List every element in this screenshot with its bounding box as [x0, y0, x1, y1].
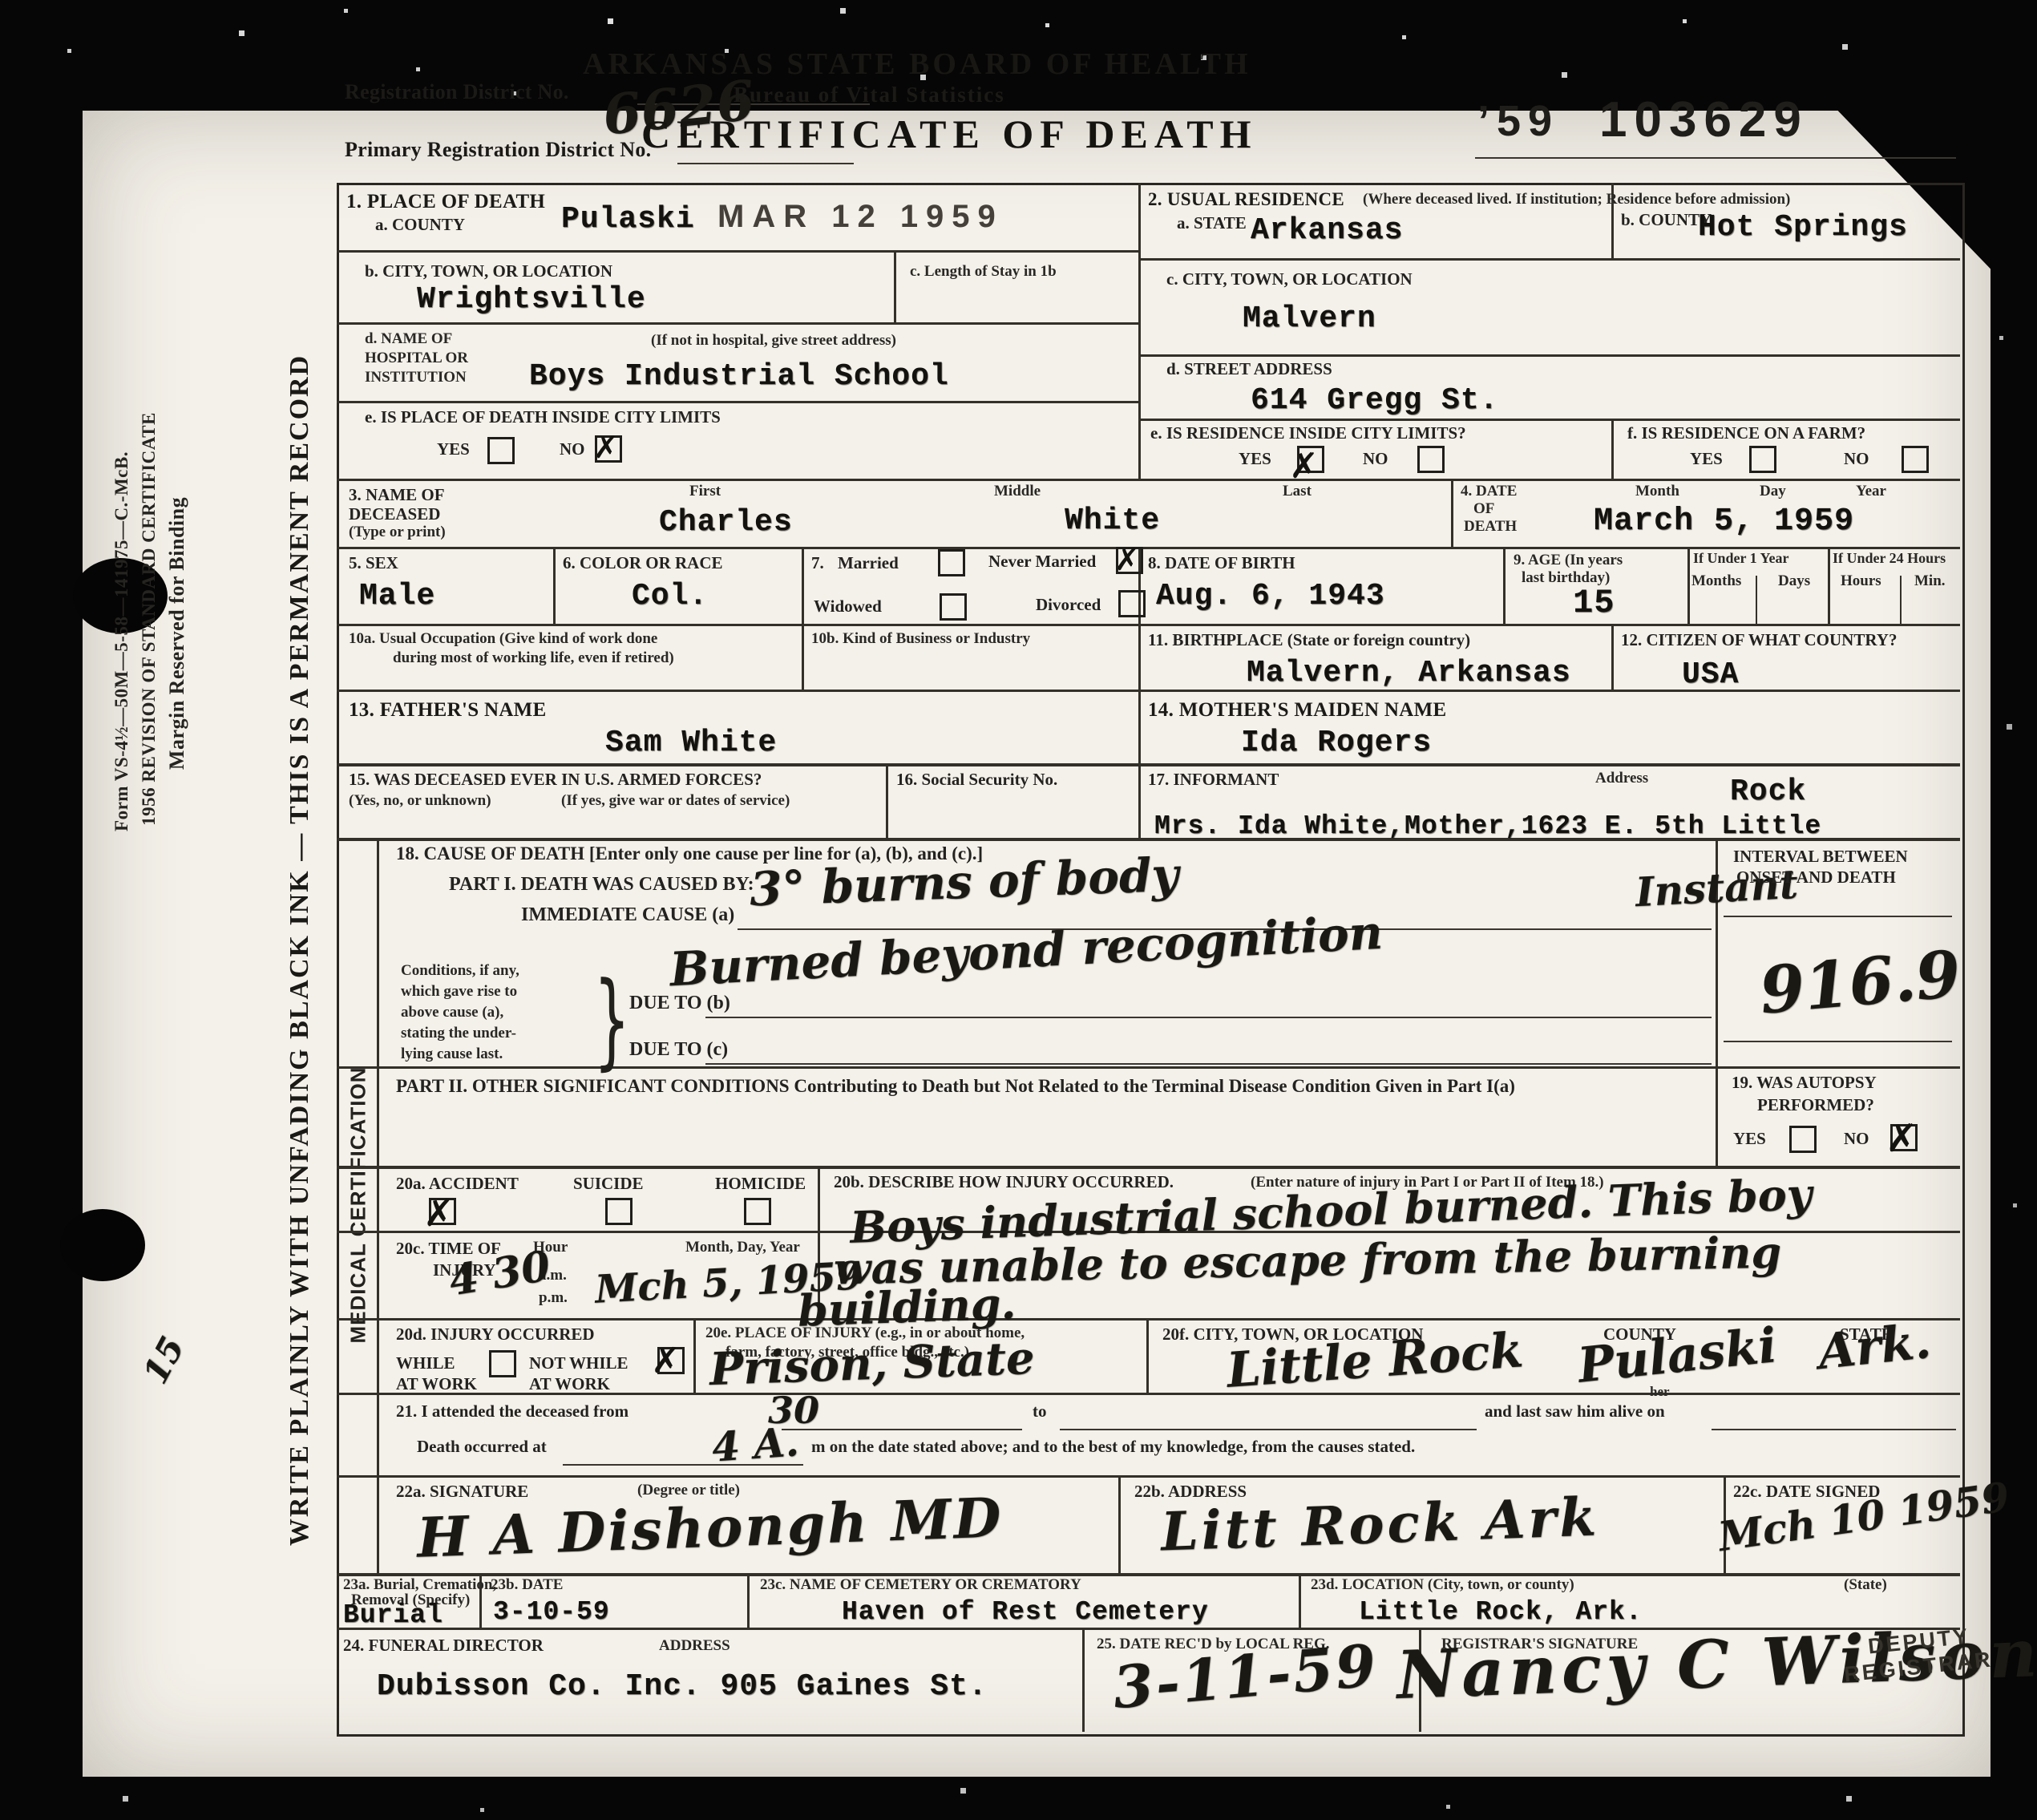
city-label: b. CITY, TOWN, OR LOCATION	[365, 261, 612, 281]
cemetery-location-label: 23d. LOCATION (City, town, or county)	[1311, 1576, 1574, 1594]
armed-forces-hint-1: (Yes, no, or unknown)	[349, 792, 491, 810]
grid-line	[1900, 576, 1902, 624]
grid-line	[1082, 1628, 1085, 1732]
institution-label-2: HOSPITAL OR	[365, 350, 468, 367]
burial-date-value: 3-10-59	[493, 1597, 610, 1627]
cemetery-state-label: (State)	[1844, 1576, 1887, 1594]
accident-label: 20a. ACCIDENT	[396, 1174, 519, 1194]
divorced-label: Divorced	[1036, 595, 1101, 615]
date-of-death-label-3: DEATH	[1464, 518, 1517, 536]
cemetery-name-label: 23c. NAME OF CEMETERY OR CREMATORY	[760, 1576, 1081, 1594]
conditions-note-4: stating the under-	[401, 1025, 516, 1042]
name-of-deceased-label-1: 3. NAME OF	[349, 485, 445, 505]
margin-revision-note: 1956 REVISION OF STANDARD CERTIFICATE	[139, 412, 160, 826]
date-of-death-label-1: 4. DATE	[1461, 483, 1517, 500]
residence-farm-label: f. IS RESIDENCE ON A FARM?	[1627, 423, 1865, 443]
conditions-note-5: lying cause last.	[401, 1045, 503, 1063]
length-of-stay-label: c. Length of Stay in 1b	[910, 263, 1057, 281]
checkbox-x-mark: ✗	[1114, 542, 1140, 577]
conditions-brace: }	[594, 959, 630, 1081]
checkbox-residence-limits-no	[1417, 446, 1445, 473]
blank-line	[1724, 1041, 1952, 1042]
informant-overflow-value: Rock	[1730, 775, 1806, 809]
grid-line	[337, 250, 1138, 253]
grid-line	[1611, 419, 1614, 479]
color-or-race-value: Col.	[632, 579, 708, 613]
bureau-subtitle: Bureau of Vital Statistics	[734, 83, 1005, 107]
grid-line	[802, 624, 804, 690]
grid-line	[894, 250, 896, 322]
residence-city-value: Malvern	[1243, 301, 1376, 336]
institution-label-1: d. NAME OF	[365, 330, 452, 348]
grid-line	[802, 547, 804, 624]
grid-line	[1687, 547, 1690, 624]
no-label: NO	[560, 439, 585, 459]
grid-line	[337, 1475, 1960, 1478]
month-day-year-header: Month, Day, Year	[685, 1239, 800, 1256]
registration-district-label: Registration District No.	[345, 80, 569, 104]
scanned-death-certificate: Form VS-4½—50M—5-58—141975—C.-McB. 1956 …	[0, 0, 2037, 1820]
file-number-stamp: 103629	[1599, 91, 1809, 148]
place-of-injury-value: Prison, State	[709, 1332, 1036, 1396]
due-to-b-label: DUE TO (b)	[629, 993, 730, 1014]
fathers-name-value: Sam White	[605, 726, 777, 760]
grid-line	[1611, 624, 1614, 690]
yes-label: YES	[1733, 1129, 1766, 1149]
year-header: Year	[1856, 483, 1886, 500]
conditions-note-1: Conditions, if any,	[401, 962, 519, 980]
institution-hint: (If not in hospital, give street address…	[651, 332, 896, 350]
street-address-value: 614 Gregg St.	[1251, 383, 1498, 418]
scan-noise	[0, 0, 2, 2]
age-value: 15	[1573, 584, 1615, 622]
county-value: Pulaski	[561, 202, 695, 237]
file-number-stamp-year: ’59	[1477, 96, 1559, 146]
signature-label: 22a. SIGNATURE	[396, 1482, 528, 1502]
city-value: Wrightsville	[417, 282, 646, 317]
conditions-note-2: which gave rise to	[401, 983, 517, 1001]
months-header: Months	[1691, 572, 1741, 590]
medical-strip-line	[377, 838, 379, 1573]
sex-label: 5. SEX	[349, 553, 398, 573]
residence-city-limits-label: e. IS RESIDENCE INSIDE CITY LIMITS?	[1150, 423, 1466, 443]
informant-value: Mrs. Ida White,Mother,1623 E. 5th Little	[1154, 811, 1821, 841]
yes-label: YES	[1690, 449, 1723, 469]
conditions-note-3: above cause (a),	[401, 1004, 503, 1021]
grid-line	[337, 624, 1960, 626]
last-name-value: White	[1065, 504, 1160, 538]
usual-residence-hint: (Where deceased lived. If institution; R…	[1363, 191, 1790, 208]
informant-address-header: Address	[1595, 770, 1648, 787]
blank-line	[1712, 1429, 1956, 1430]
name-of-deceased-label-2: DECEASED	[349, 504, 440, 524]
injury-occurred-label: 20d. INJURY OCCURRED	[396, 1325, 595, 1345]
date-of-death-label-2: OF	[1473, 500, 1494, 518]
month-header: Month	[1635, 483, 1679, 500]
days-header: Days	[1778, 572, 1810, 590]
fathers-name-label: 13. FATHER'S NAME	[349, 699, 547, 722]
checkbox-x-mark: ✗	[1885, 1116, 1918, 1161]
grid-line	[337, 322, 1138, 325]
board-title: ARKANSAS STATE BOARD OF HEALTH	[583, 47, 1251, 82]
residence-state-value: Arkansas	[1251, 213, 1403, 248]
residence-county-value: Hot Springs	[1698, 210, 1908, 245]
married-label: Married	[838, 553, 899, 573]
grid-line	[1138, 183, 1141, 479]
armed-forces-label: 15. WAS DECEASED EVER IN U.S. ARMED FORC…	[349, 770, 762, 790]
checkbox-death-limits-yes	[487, 437, 515, 464]
grid-line	[553, 547, 556, 624]
grid-line	[1146, 1318, 1149, 1393]
checkbox-farm-no	[1902, 446, 1929, 473]
interval-header-2: ONSET AND DEATH	[1736, 868, 1896, 888]
under-1-year-header: If Under 1 Year	[1693, 550, 1789, 567]
grid-line	[1756, 576, 1757, 624]
grid-line	[693, 1318, 696, 1393]
grid-line	[1138, 624, 1141, 690]
margin-form-number: Form VS-4½—50M—5-58—141975—C.-McB.	[111, 451, 132, 831]
checkbox-autopsy-yes	[1789, 1126, 1817, 1153]
checkbox-divorced	[1118, 590, 1146, 617]
street-address-label: d. STREET ADDRESS	[1166, 359, 1332, 379]
homicide-label: HOMICIDE	[715, 1174, 806, 1194]
checkbox-while-at-work	[489, 1350, 516, 1377]
cemetery-name-value: Haven of Rest Cemetery	[842, 1597, 1209, 1627]
at-work-label: AT WORK	[396, 1374, 477, 1394]
citizen-value: USA	[1682, 657, 1739, 692]
occupation-label-2: during most of working life, even if ret…	[393, 649, 674, 667]
attended-deceased-label: 21. I attended the deceased from	[396, 1401, 628, 1422]
grid-line	[337, 401, 1138, 403]
blank-line	[1724, 916, 1952, 917]
checkbox-x-mark: ✗	[423, 1191, 455, 1235]
grid-line	[337, 479, 1960, 481]
burial-date-label: 23b. DATE	[491, 1576, 563, 1594]
interval-header-1: INTERVAL BETWEEN	[1733, 847, 1908, 867]
hours-header: Hours	[1841, 572, 1881, 590]
death-city-limits-label: e. IS PLACE OF DEATH INSIDE CITY LIMITS	[365, 407, 721, 427]
funeral-director-address-label: ADDRESS	[659, 1637, 730, 1655]
middle-name-header: Middle	[994, 483, 1041, 500]
no-label: NO	[1844, 1129, 1869, 1149]
margin-permanent-record-note: WRITE PLAINLY WITH UNFADING BLACK INK — …	[285, 354, 315, 1546]
immediate-cause-label: IMMEDIATE CAUSE (a)	[521, 904, 734, 926]
not-while-label: NOT WHILE	[529, 1353, 628, 1373]
date-of-birth-label: 8. DATE OF BIRTH	[1148, 553, 1295, 573]
grid-line	[337, 1166, 1960, 1169]
last-saw-alive-label: and last saw him alive on	[1485, 1401, 1665, 1422]
first-name-value: Charles	[659, 505, 793, 540]
last-name-header: Last	[1283, 483, 1312, 500]
funeral-director-label: 24. FUNERAL DIRECTOR	[343, 1636, 544, 1656]
checkbox-married	[938, 549, 965, 576]
grid-line	[1138, 354, 1960, 357]
certificate-title: CERTIFICATE OF DEATH	[641, 111, 1258, 157]
pm-label: p.m.	[539, 1289, 568, 1307]
mothers-maiden-name-value: Ida Rogers	[1241, 726, 1432, 760]
marital-number: 7.	[811, 553, 824, 573]
first-name-header: First	[689, 483, 721, 500]
grid-line	[1503, 547, 1506, 624]
yes-label: YES	[1239, 449, 1271, 469]
describe-injury-label: 20b. DESCRIBE HOW INJURY OCCURRED.	[834, 1172, 1174, 1192]
widowed-label: Widowed	[814, 597, 882, 617]
margin-binding-note: Margin Reserved for Binding	[165, 497, 189, 770]
death-time-handwritten: 4 A.	[710, 1418, 800, 1470]
sex-value: Male	[359, 579, 435, 613]
grid-line	[1451, 479, 1453, 547]
grid-line	[1138, 690, 1141, 763]
suicide-label: SUICIDE	[573, 1174, 644, 1194]
birthplace-value: Malvern, Arkansas	[1247, 656, 1571, 690]
blank-line	[705, 1063, 1712, 1065]
institution-value: Boys Industrial School	[529, 359, 949, 394]
blank-line	[1060, 1429, 1477, 1430]
age-label-1: 9. AGE (In years	[1514, 552, 1623, 569]
death-occurred-at-label: Death occurred at	[417, 1437, 547, 1457]
no-label: NO	[1363, 449, 1388, 469]
residence-city-label: c. CITY, TOWN, OR LOCATION	[1166, 269, 1413, 289]
stamp-underline	[1475, 157, 1956, 159]
grid-line	[1118, 1475, 1121, 1573]
institution-label-3: INSTITUTION	[365, 369, 467, 386]
grid-line	[337, 547, 1960, 549]
due-to-c-label: DUE TO (c)	[629, 1039, 728, 1061]
cemetery-location-value: Little Rock, Ark.	[1359, 1597, 1643, 1627]
grid-line	[747, 1573, 750, 1628]
autopsy-label-2: PERFORMED?	[1757, 1095, 1874, 1115]
her-alternative-label: her	[1650, 1384, 1670, 1400]
grid-line	[1138, 258, 1960, 261]
informant-label: 17. INFORMANT	[1148, 770, 1279, 790]
county-label: a. COUNTY	[375, 215, 465, 235]
day-header: Day	[1760, 483, 1786, 500]
birthplace-label: 11. BIRTHPLACE (State or foreign country…	[1148, 630, 1470, 650]
grid-line	[1299, 1573, 1301, 1628]
place-of-death-title: 1. PLACE OF DEATH	[346, 191, 545, 213]
never-married-label: Never Married	[988, 552, 1096, 572]
color-or-race-label: 6. COLOR OR RACE	[563, 553, 723, 573]
funeral-director-value: Dubisson Co. Inc. 905 Gaines St.	[377, 1669, 988, 1704]
min-header: Min.	[1914, 572, 1946, 590]
grid-line	[337, 1573, 1960, 1576]
punch-hole	[60, 1209, 145, 1281]
part2-label: PART II. OTHER SIGNIFICANT CONDITIONS Co…	[396, 1076, 1515, 1097]
at-work-label: AT WORK	[529, 1374, 610, 1394]
no-label: NO	[1844, 449, 1869, 469]
checkbox-homicide	[744, 1198, 771, 1225]
date-of-birth-value: Aug. 6, 1943	[1156, 579, 1385, 613]
burial-value: Burial	[343, 1600, 443, 1630]
grid-line	[337, 763, 1960, 766]
blank-line	[705, 1017, 1712, 1018]
grid-line	[1138, 419, 1960, 421]
yes-label: YES	[437, 439, 470, 459]
grid-line	[1138, 763, 1141, 838]
checkbox-x-mark: ✗	[593, 430, 619, 465]
checkbox-widowed	[940, 593, 967, 621]
business-industry-label: 10b. Kind of Business or Industry	[811, 630, 1030, 648]
citizen-label: 12. CITIZEN OF WHAT COUNTRY?	[1621, 630, 1897, 650]
part1-label: PART I. DEATH WAS CAUSED BY:	[449, 874, 754, 896]
under-24-hours-header: If Under 24 Hours	[1833, 550, 1946, 567]
checkbox-x-mark: ✗	[651, 1341, 681, 1381]
grid-line	[886, 763, 888, 838]
armed-forces-hint-2: (If yes, give war or dates of service)	[561, 792, 790, 810]
autopsy-label-1: 19. WAS AUTOPSY	[1732, 1073, 1877, 1093]
injury-state-value: Ark.	[1816, 1313, 1934, 1381]
residence-state-label: a. STATE	[1177, 213, 1247, 233]
while-label: WHILE	[396, 1353, 455, 1373]
checkbox-suicide	[605, 1198, 633, 1225]
to-label: to	[1033, 1401, 1047, 1422]
social-security-label: 16. Social Security No.	[896, 770, 1057, 790]
blank-line	[677, 163, 854, 164]
grid-line	[1828, 547, 1830, 624]
occupation-label-1: 10a. Usual Occupation (Give kind of work…	[349, 630, 657, 648]
causes-stated-label: m on the date stated above; and to the b…	[811, 1437, 1415, 1457]
name-of-deceased-label-3: (Type or print)	[349, 524, 446, 541]
usual-residence-title: 2. USUAL RESIDENCE	[1148, 189, 1344, 210]
received-date-stamp: MAR 12 1959	[717, 199, 1004, 235]
date-of-death-value: March 5, 1959	[1594, 504, 1854, 540]
checkbox-farm-yes	[1749, 446, 1776, 473]
checkbox-x-mark: ✗	[1289, 446, 1319, 487]
mothers-maiden-name-label: 14. MOTHER'S MAIDEN NAME	[1148, 699, 1446, 722]
